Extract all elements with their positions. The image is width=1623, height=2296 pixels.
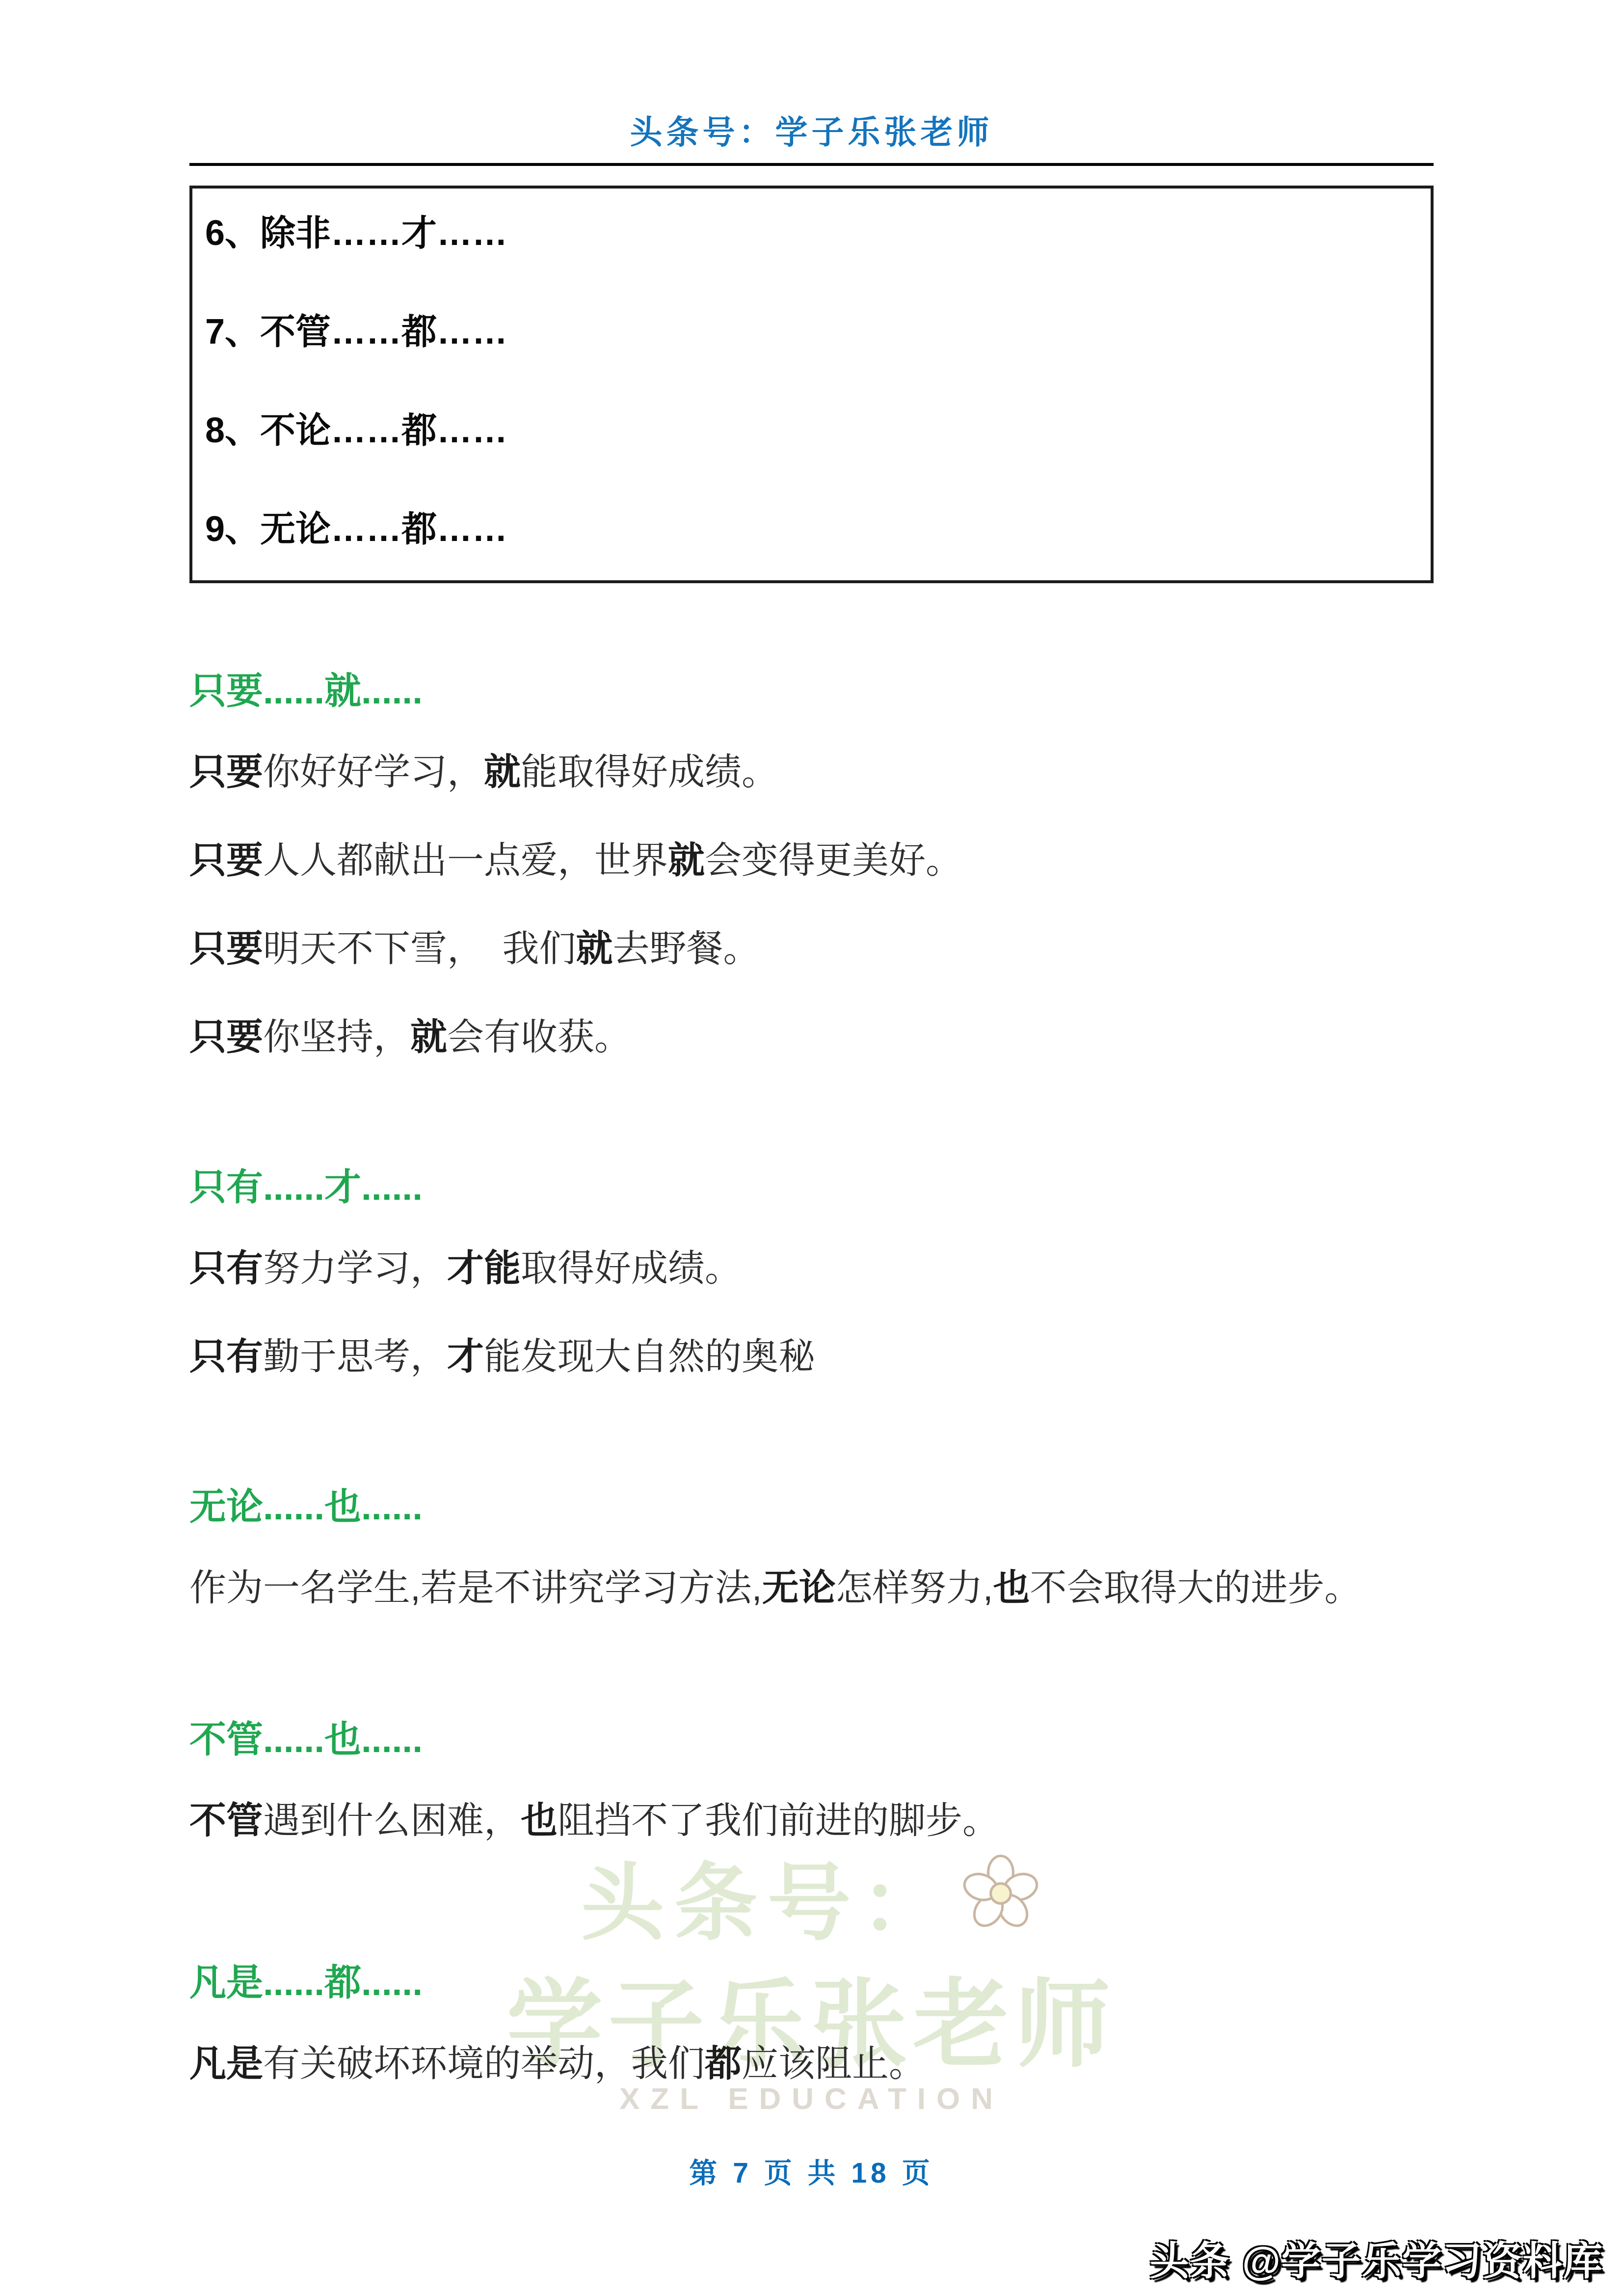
section-heading: 不管......也...... <box>189 1717 1434 1761</box>
example-sentence: 不管遇到什么困难，也阻挡不了我们前进的脚步。 <box>189 1797 1434 1844</box>
section-zhiyao-jiu: 只要......就...... 只要你好好学习，就能取得好成绩。 只要人人都献出… <box>189 669 1434 1060</box>
pattern-item-9: 9、无论……都…… <box>205 507 1431 551</box>
section-fanshi-dou: 凡是......都...... 凡是有关破坏环境的举动，我们都应该阻止。 <box>189 1960 1434 2087</box>
example-sentence: 只要人人都献出一点爱，世界就会变得更美好。 <box>189 837 1434 884</box>
toutiao-corner-watermark: 头条 @学子乐学习资料库 <box>1150 2239 1603 2284</box>
example-sentence: 只要你坚持，就会有收获。 <box>189 1013 1434 1060</box>
section-heading: 只要......就...... <box>189 669 1434 713</box>
example-sentence: 只有勤于思考，才能发现大自然的奥秘 <box>189 1333 1434 1380</box>
section-heading: 凡是......都...... <box>189 1960 1434 2004</box>
section-wulun-ye: 无论......也...... 作为一名学生,若是不讲究学习方法,无论怎样努力,… <box>189 1485 1434 1611</box>
pattern-item-6: 6、除非……才…… <box>205 211 1431 255</box>
document-body: 只要......就...... 只要你好好学习，就能取得好成绩。 只要人人都献出… <box>189 669 1434 2087</box>
example-sentence: 凡是有关破坏环境的举动，我们都应该阻止。 <box>189 2040 1434 2087</box>
page-number: 第 7 页 共 18 页 <box>0 2156 1623 2190</box>
pattern-item-8: 8、不论……都…… <box>205 408 1431 453</box>
header-divider <box>189 163 1434 166</box>
page-header-title: 头条号：学子乐张老师 <box>0 0 1623 154</box>
section-heading: 只有......才...... <box>189 1165 1434 1209</box>
example-sentence: 作为一名学生,若是不讲究学习方法,无论怎样努力,也不会取得大的进步。 <box>189 1564 1434 1611</box>
document-page: 头条号： 学子乐张老师 XZL EDUCATION 头条号：学子乐张老师 <box>0 0 1623 2296</box>
example-sentence: 只有努力学习，才能取得好成绩。 <box>189 1244 1434 1292</box>
pattern-list-box: 6、除非……才…… 7、不管……都…… 8、不论……都…… 9、无论……都…… <box>189 186 1434 583</box>
example-sentence: 只要你好好学习，就能取得好成绩。 <box>189 748 1434 795</box>
pattern-item-7: 7、不管……都…… <box>205 310 1431 354</box>
section-zhiyou-cai: 只有......才...... 只有努力学习，才能取得好成绩。 只有勤于思考，才… <box>189 1165 1434 1380</box>
section-heading: 无论......也...... <box>189 1485 1434 1529</box>
example-sentence: 只要明天不下雪， 我们就去野餐。 <box>189 925 1434 972</box>
section-buguan-ye: 不管......也...... 不管遇到什么困难，也阻挡不了我们前进的脚步。 <box>189 1717 1434 1844</box>
